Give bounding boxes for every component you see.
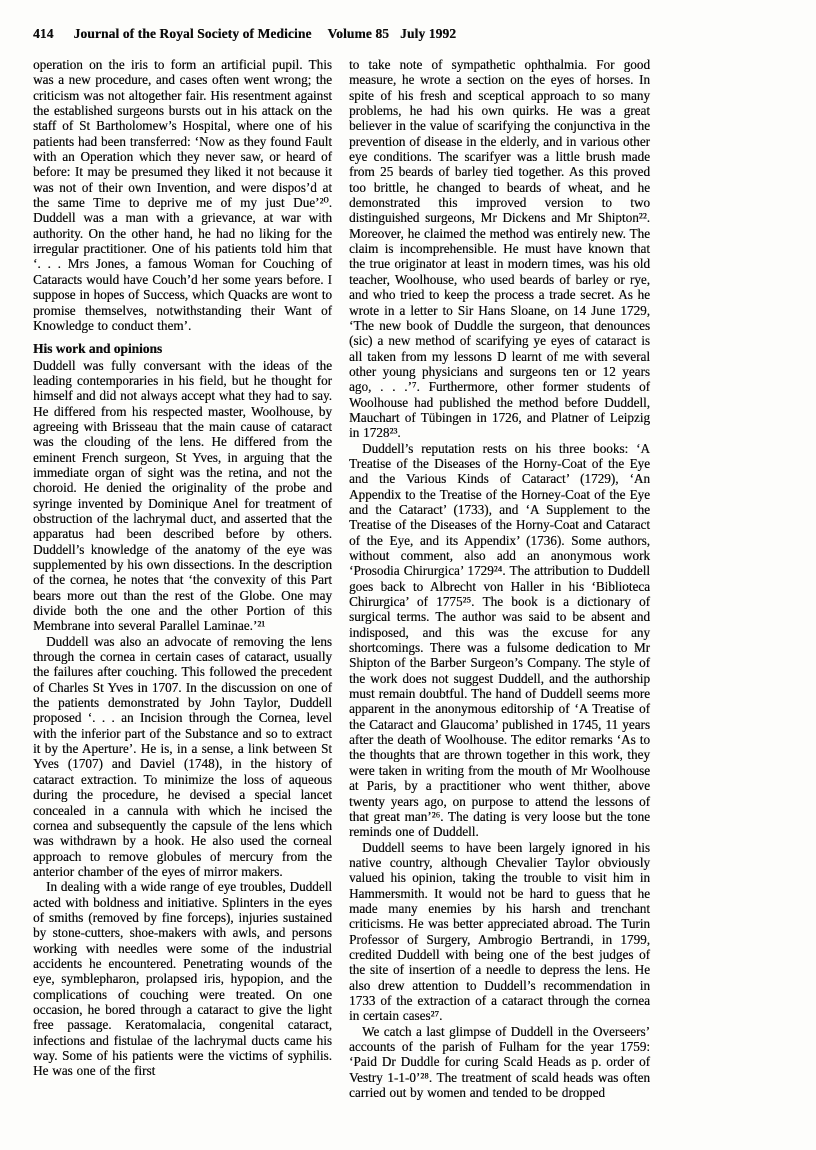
- body-paragraph: Duddell’s reputation rests on his three …: [349, 441, 650, 840]
- body-paragraph: In dealing with a wide range of eye trou…: [33, 879, 332, 1078]
- section-heading: His work and opinions: [33, 341, 332, 356]
- journal-title: Journal of the Royal Society of Medicine: [74, 26, 312, 41]
- running-head: 414Journal of the Royal Society of Medic…: [33, 26, 456, 42]
- continuation-paragraph: to take note of sympathetic ophthalmia. …: [349, 57, 650, 441]
- right-column: to take note of sympathetic ophthalmia. …: [349, 57, 650, 1100]
- body-paragraph: Duddell seems to have been largely ignor…: [349, 840, 650, 1024]
- volume-label: Volume 85: [328, 26, 390, 41]
- left-column: operation on the iris to form an artific…: [33, 57, 332, 1079]
- body-paragraph: We catch a last glimpse of Duddell in th…: [349, 1024, 650, 1101]
- body-paragraph: Duddell was also an advocate of removing…: [33, 634, 332, 880]
- issue-date: July 1992: [400, 26, 456, 41]
- page-number: 414: [33, 26, 54, 41]
- body-paragraph: Duddell was fully conversant with the id…: [33, 358, 332, 634]
- journal-page: 414Journal of the Royal Society of Medic…: [0, 0, 816, 1150]
- continuation-paragraph: operation on the iris to form an artific…: [33, 57, 332, 333]
